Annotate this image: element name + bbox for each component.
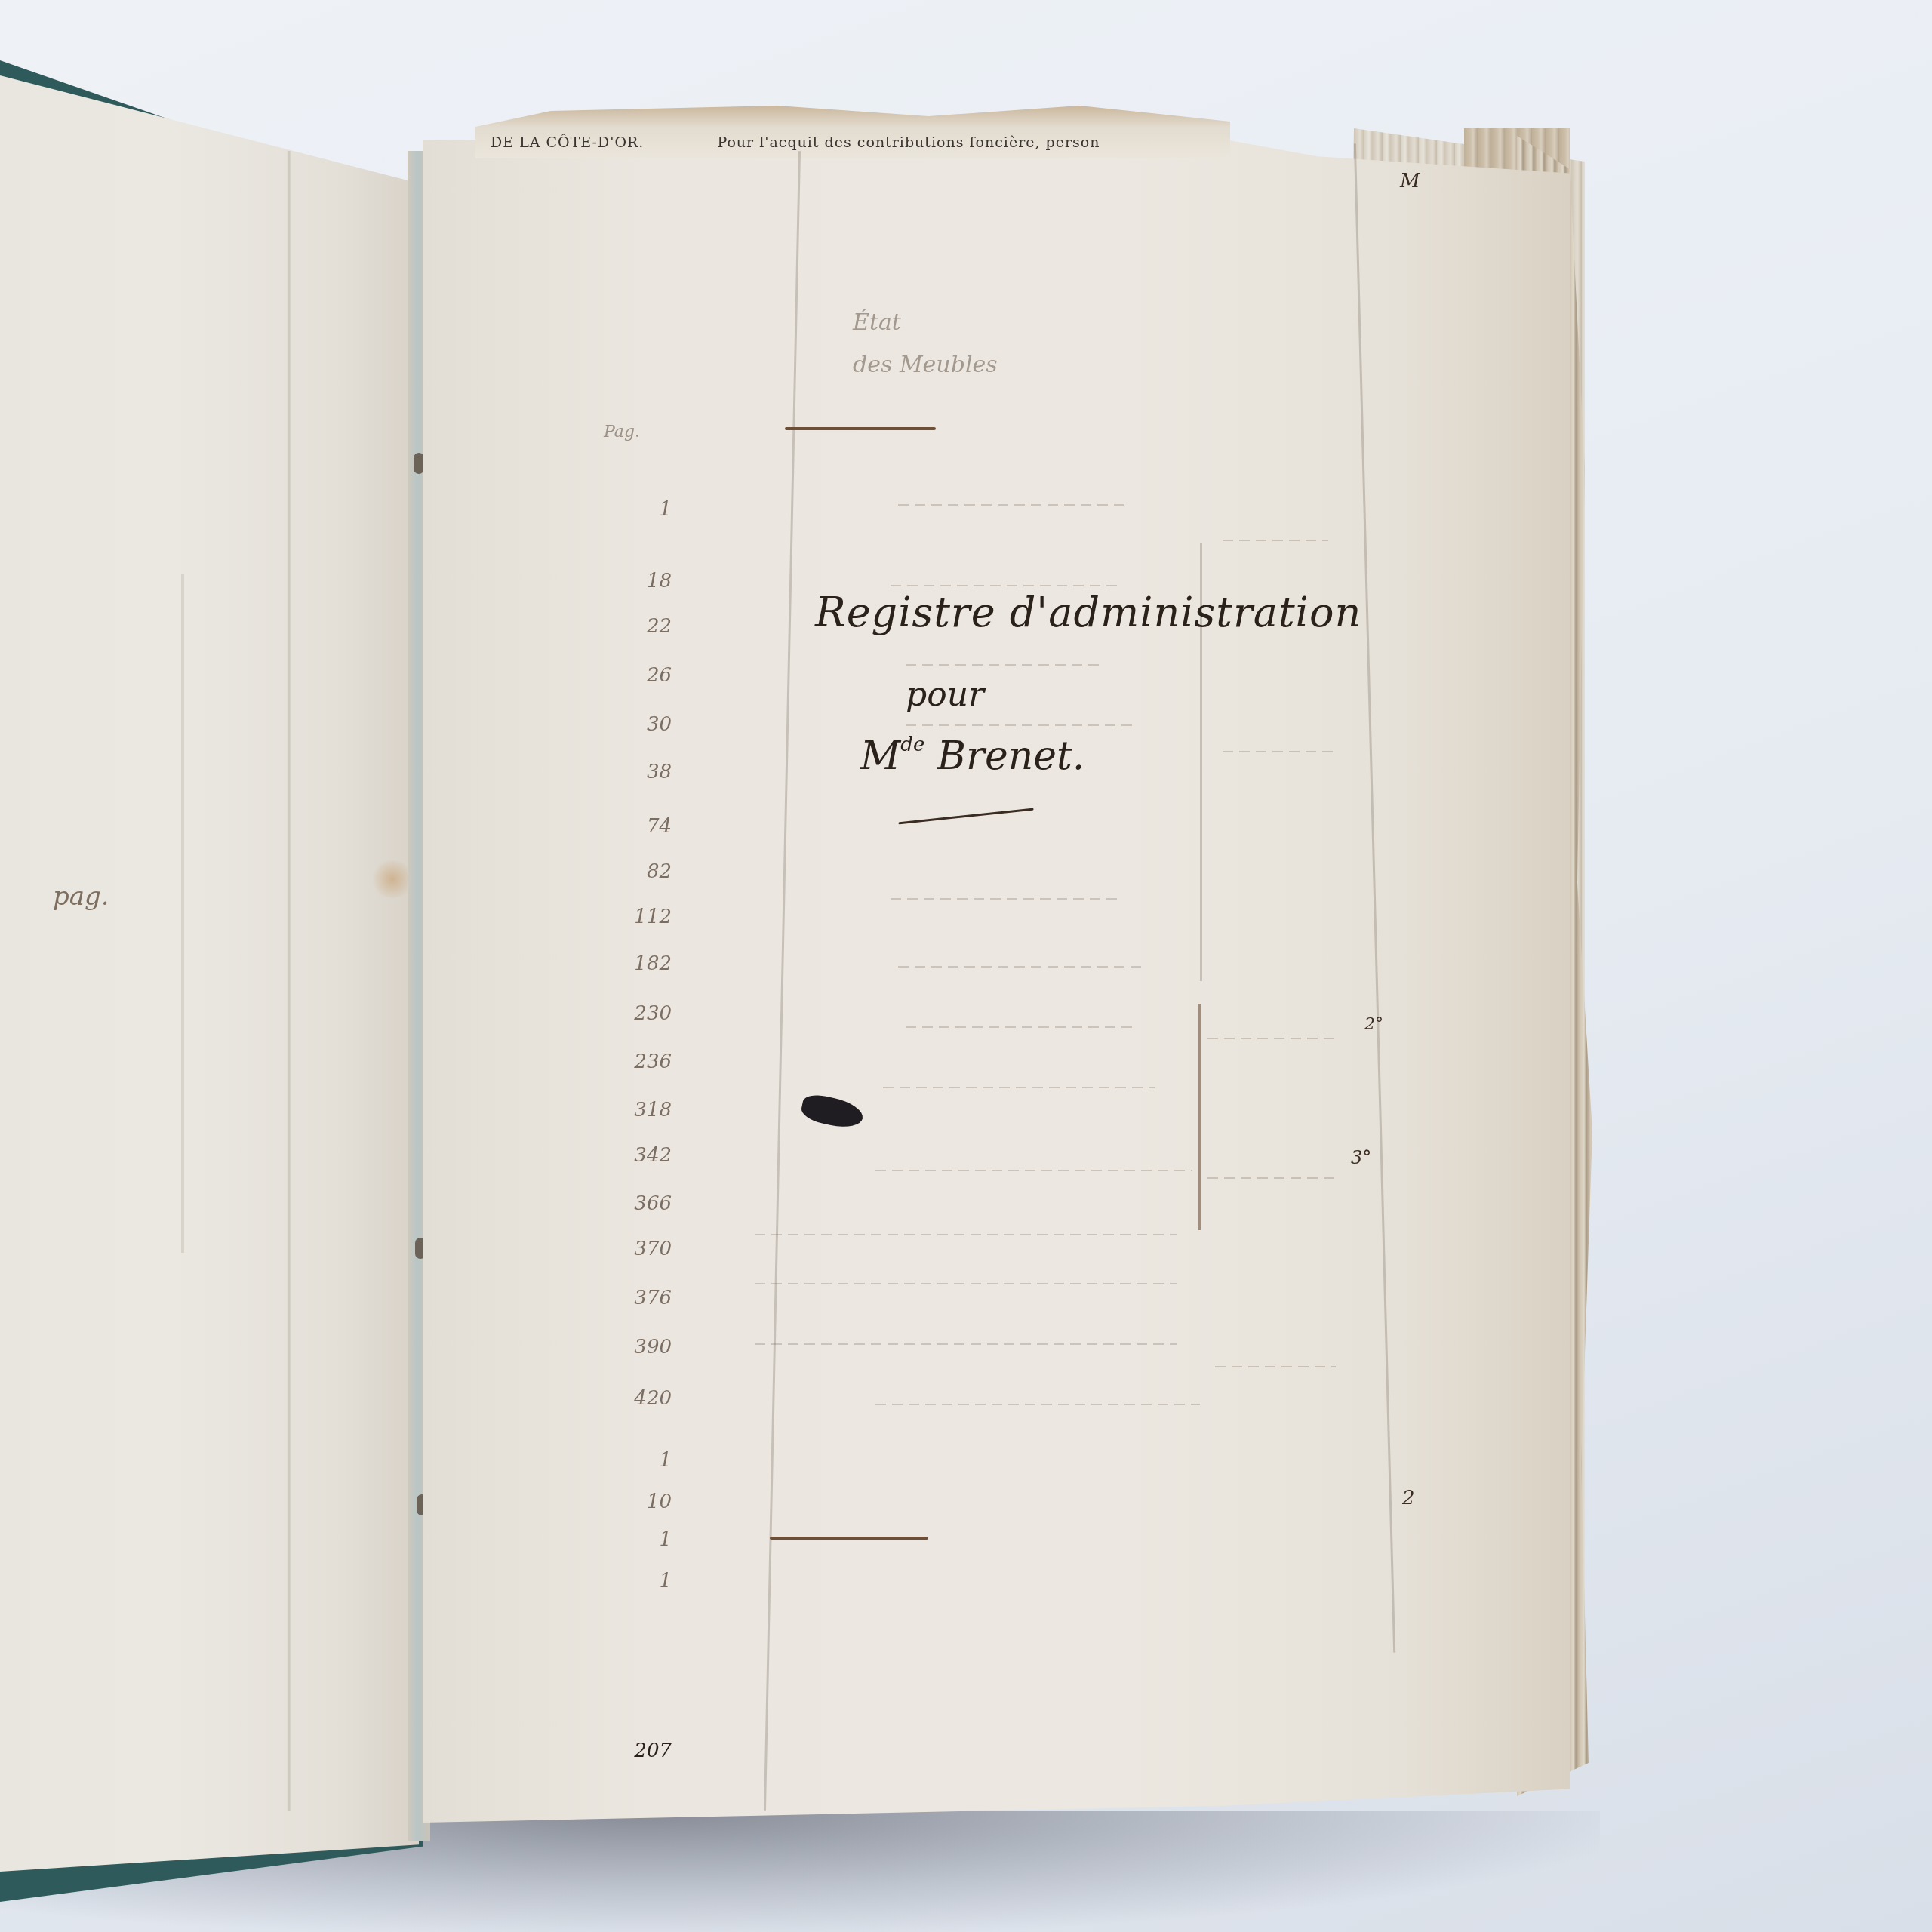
- fore-edge-number: 2: [1402, 1487, 1415, 1509]
- page-number: 366: [634, 1192, 672, 1215]
- page-number: 390: [634, 1336, 672, 1358]
- faint-column-header: État des Meubles: [853, 302, 998, 386]
- page-number: 82: [647, 860, 672, 883]
- left-page-crease-secondary: [181, 574, 184, 1253]
- page-number: 18: [647, 570, 672, 592]
- page-number: 112: [634, 906, 672, 928]
- footer-rule: [770, 1537, 928, 1540]
- page-number: 30: [647, 713, 672, 736]
- corner-mark: M: [1400, 170, 1420, 192]
- show-through-text: [898, 966, 1147, 968]
- show-through-text: [755, 1234, 1177, 1235]
- faint-header-line2: des Meubles: [853, 344, 998, 386]
- show-through-text: [1223, 751, 1336, 752]
- show-through-text: [906, 1026, 1132, 1028]
- show-through-text: [1215, 1366, 1336, 1367]
- title-line-name: Mde Brenet.: [860, 734, 1238, 779]
- page-number: 1: [659, 1570, 672, 1592]
- page-number: 376: [634, 1287, 672, 1309]
- register-title: Registre d'administration pour Mde Brene…: [815, 589, 1238, 779]
- title-surname: Brenet.: [937, 734, 1085, 779]
- page-number: 1: [659, 1528, 672, 1551]
- show-through-text: [875, 1404, 1200, 1405]
- page-number: 182: [634, 952, 672, 975]
- title-page: [423, 140, 1570, 1823]
- page-number: 207: [634, 1740, 672, 1762]
- page-number: 420: [634, 1387, 672, 1410]
- page-number: 22: [647, 615, 672, 638]
- page-number: 318: [634, 1099, 672, 1121]
- page-number: 370: [634, 1238, 672, 1260]
- show-through-text: [1207, 1177, 1336, 1179]
- title-honorific: M: [860, 734, 900, 779]
- printed-department: DE LA CÔTE-D'OR.: [491, 134, 644, 151]
- title-line-registre: Registre d'administration: [815, 589, 1238, 636]
- show-through-text: [891, 585, 1117, 586]
- bracket-mark: [1198, 1004, 1208, 1230]
- tab-mark-3: 3°: [1351, 1147, 1371, 1168]
- page-number: 10: [647, 1491, 672, 1513]
- sewing-hole: [414, 453, 424, 474]
- show-through-text: [1207, 1038, 1336, 1039]
- show-through-text: [883, 1087, 1155, 1088]
- show-through-text: [875, 1170, 1192, 1171]
- show-through-text: [898, 504, 1124, 506]
- title-honorific-superscript: de: [900, 734, 924, 756]
- left-pastedown-page: [0, 75, 419, 1872]
- page-number: 74: [647, 815, 672, 838]
- page-number: 236: [634, 1051, 672, 1073]
- left-page-crease: [287, 151, 291, 1811]
- tab-mark-2: 2°: [1364, 1015, 1383, 1034]
- show-through-text: [891, 898, 1117, 900]
- page-number: 26: [647, 664, 672, 687]
- faint-header-line1: État: [853, 302, 998, 344]
- show-through-text: [755, 1343, 1177, 1345]
- show-through-text: [755, 1283, 1177, 1284]
- page-number: 342: [634, 1144, 672, 1167]
- page-number: 1: [659, 1449, 672, 1472]
- page-column-label: Pag.: [604, 423, 640, 441]
- title-line-pour: pour: [906, 675, 1238, 714]
- printed-strip-text: DE LA CÔTE-D'OR. Pour l'acquit des contr…: [491, 134, 1170, 154]
- show-through-text: [1223, 540, 1328, 541]
- printed-caption: Pour l'acquit des contributions foncière…: [717, 134, 1100, 151]
- page-number: 230: [634, 1002, 672, 1025]
- left-page-scribble: pag.: [53, 883, 121, 966]
- page-number: 1: [659, 498, 672, 521]
- header-rule: [785, 427, 936, 430]
- page-number: 38: [647, 761, 672, 783]
